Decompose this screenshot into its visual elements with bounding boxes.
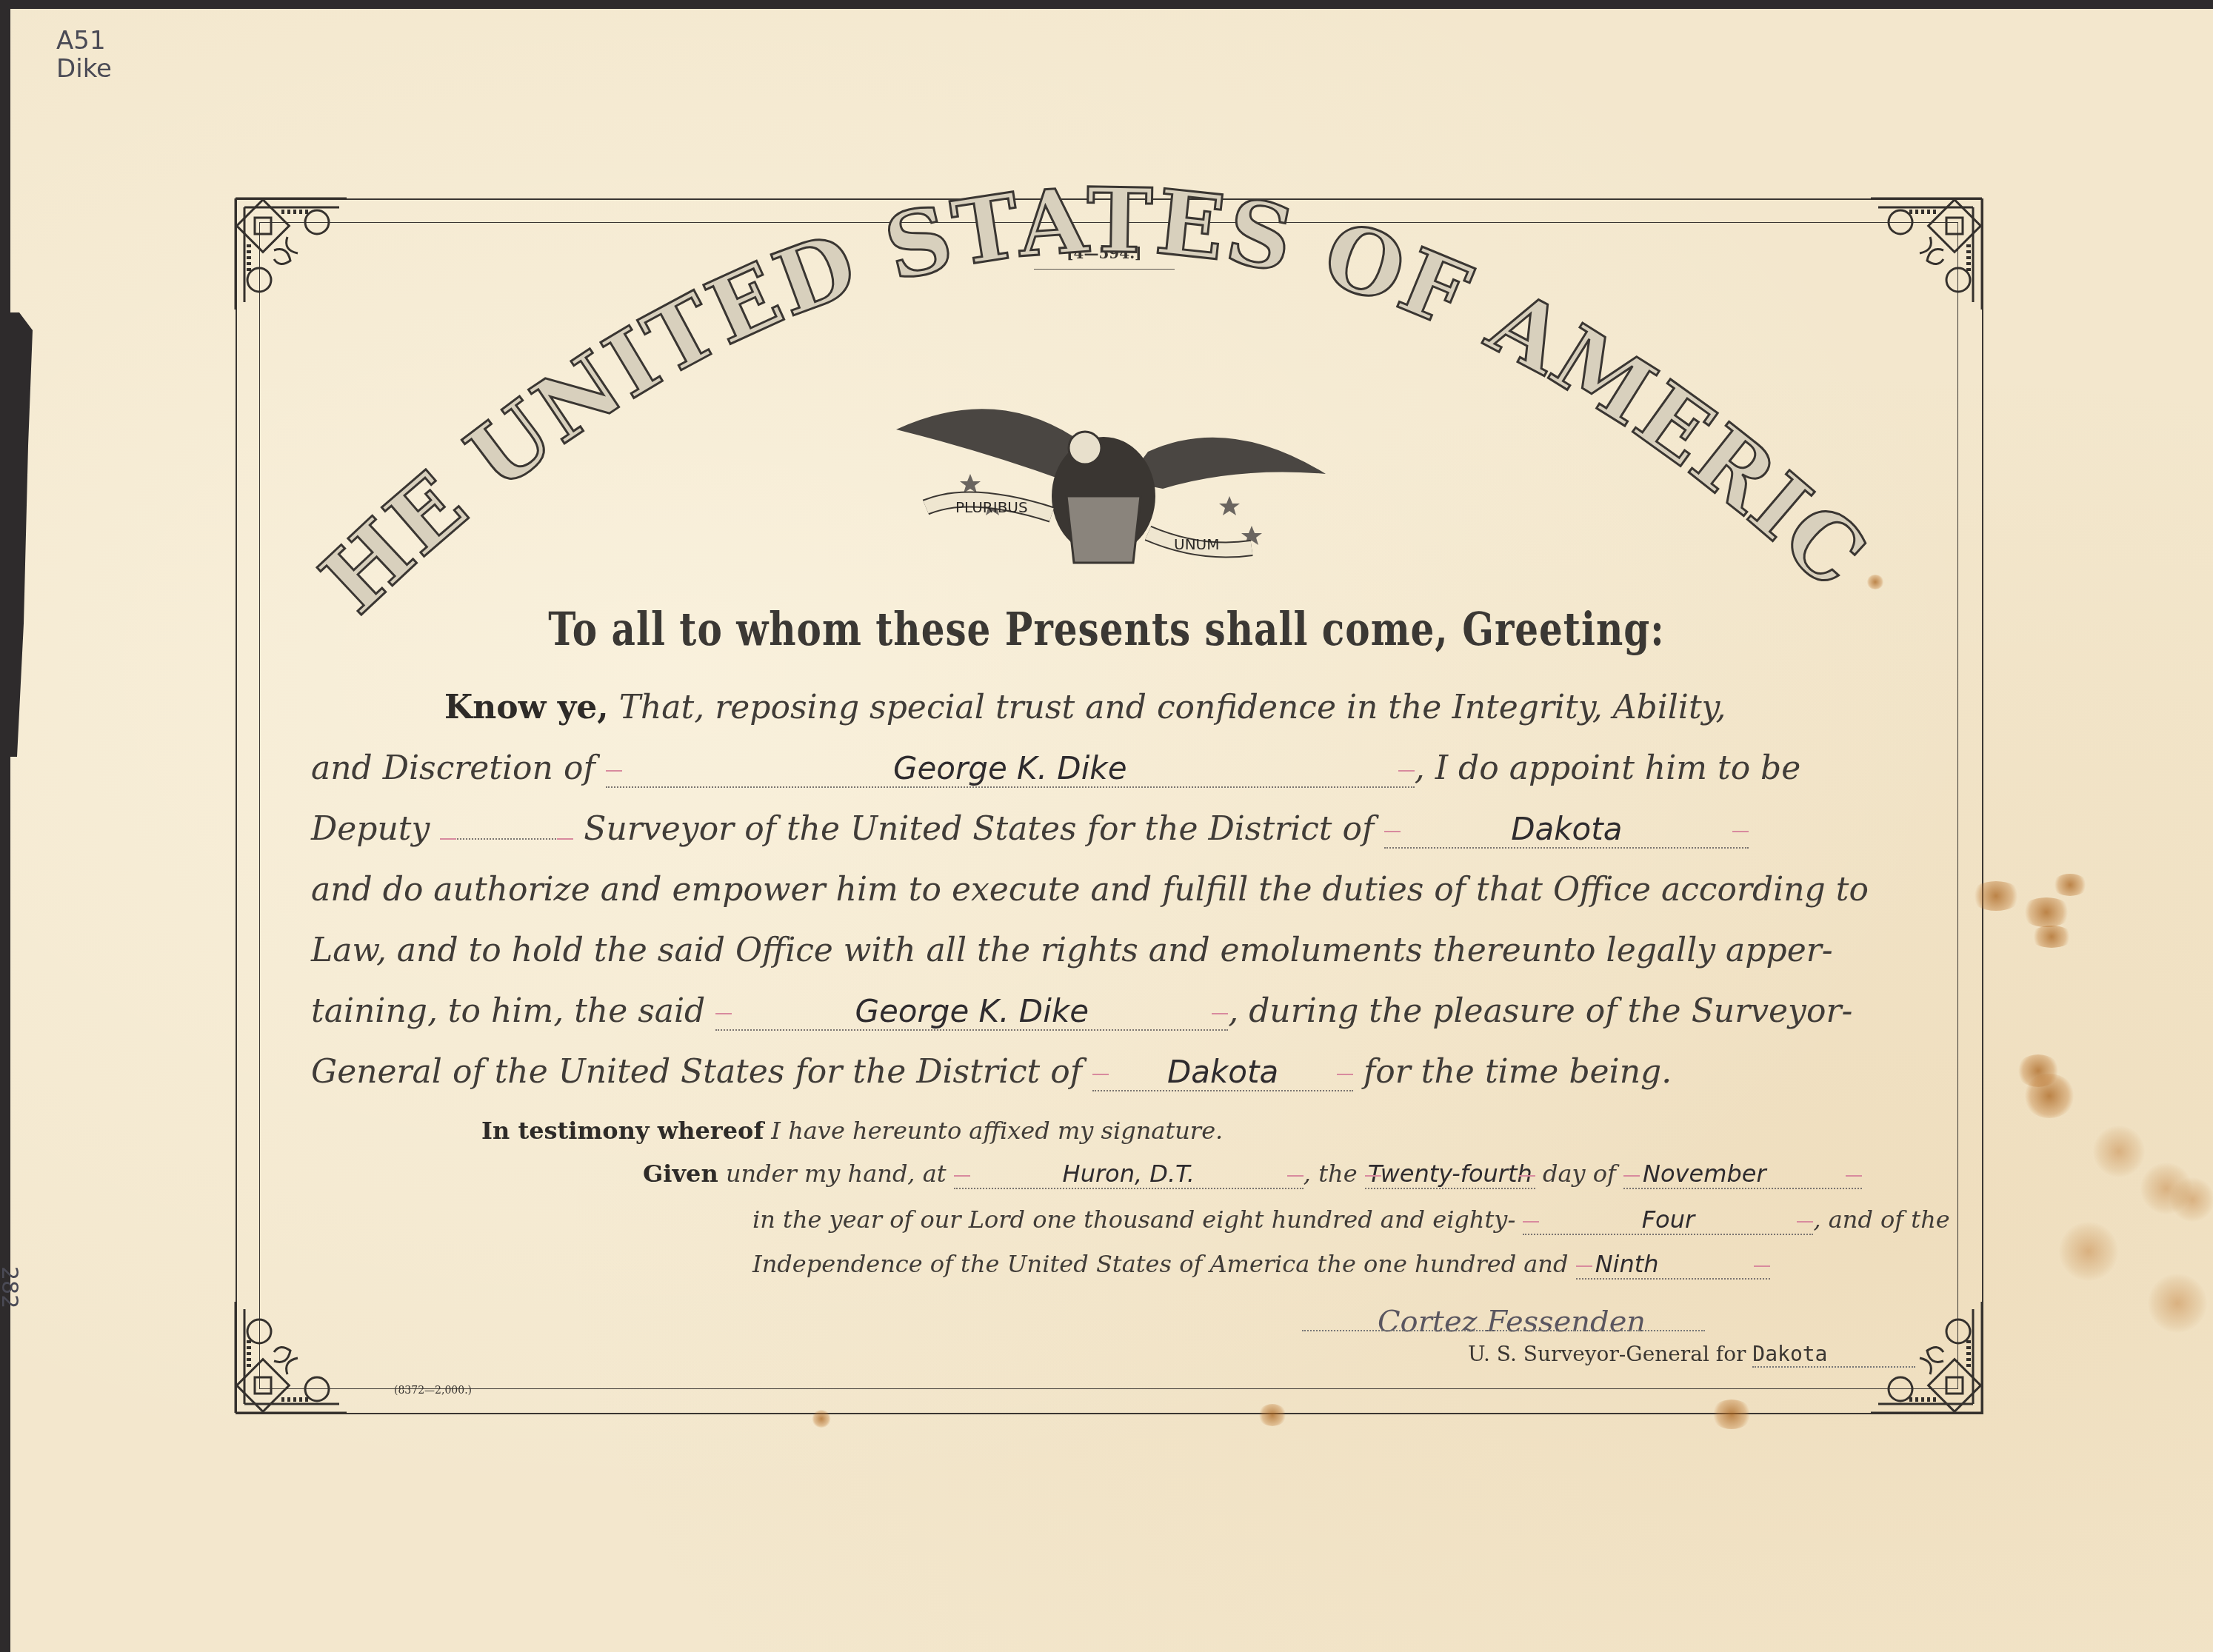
signature-title-district: Dakota xyxy=(1752,1342,1915,1368)
independence-year-field: Ninth xyxy=(1576,1250,1770,1280)
corner-ornament-icon xyxy=(228,1294,354,1420)
body-line-7: General of the United States for the Dis… xyxy=(311,1053,1672,1091)
given-lead: Given xyxy=(643,1160,718,1188)
rank-field: Deputy xyxy=(311,810,430,848)
stain xyxy=(2020,897,2072,927)
testimony-lead: In testimony whereof xyxy=(481,1117,764,1145)
signature-rule xyxy=(1302,1330,1705,1331)
body-line-1: Know ye, That, reposing special trust an… xyxy=(444,689,1726,726)
year-field: Four xyxy=(1523,1205,1813,1235)
body-line-3: Deputy Surveyor of the United States for… xyxy=(311,810,1749,849)
body-line-3-text: Surveyor of the United States for the Di… xyxy=(584,810,1374,848)
year-post: , and of the xyxy=(1813,1205,1949,1234)
month-field: November xyxy=(1623,1160,1862,1189)
given-text: under my hand, at xyxy=(726,1160,947,1188)
rank-blank xyxy=(440,838,573,840)
day-field: Twenty-fourth xyxy=(1365,1160,1535,1189)
stain xyxy=(2052,874,2089,896)
body-line-4: and do authorize and empower him to exec… xyxy=(311,871,1869,909)
body-line-6-post: , during the pleasure of the Surveyor- xyxy=(1228,992,1852,1030)
body-line-2-post: , I do appoint him to be xyxy=(1415,749,1801,787)
margin-note-page-number: 282 xyxy=(0,1266,22,1308)
motto-right: UNUM xyxy=(1174,535,1220,553)
year-text: in the year of our Lord one thousand eig… xyxy=(752,1205,1515,1234)
appointee-name-field: George K. Dike xyxy=(606,750,1415,788)
independence-text: Independence of the United States of Ame… xyxy=(752,1250,1568,1278)
stain xyxy=(2023,1074,2075,1118)
signature-title-text: U. S. Surveyor-General for xyxy=(1468,1342,1746,1366)
given-the: , the xyxy=(1304,1160,1358,1188)
year-line: in the year of our Lord one thousand eig… xyxy=(752,1205,1950,1235)
body-line-6: taining, to him, the said George K. Dike… xyxy=(311,992,1852,1031)
body-line-6-pre: taining, to him, the said xyxy=(311,992,705,1030)
stain xyxy=(1711,1399,1752,1429)
appointee-name-field-2: George K. Dike xyxy=(715,993,1228,1031)
stain xyxy=(812,1410,831,1428)
place-field: Huron, D.T. xyxy=(954,1160,1304,1189)
stain xyxy=(2029,926,2074,948)
body-line-2-pre: and Discretion of xyxy=(311,749,595,787)
day-of: day of xyxy=(1543,1160,1616,1188)
stain xyxy=(1866,575,1884,589)
body-line-2: and Discretion of George K. Dike, I do a… xyxy=(311,749,1800,788)
body-line-7-post: for the time being. xyxy=(1363,1053,1672,1091)
body-line-1-text: That, reposing special trust and confide… xyxy=(619,689,1726,726)
district-field: Dakota xyxy=(1384,811,1749,849)
stain xyxy=(2059,1222,2118,1281)
stain xyxy=(2148,1274,2207,1333)
signature: Cortez Fessenden xyxy=(1378,1305,1646,1339)
independence-line: Independence of the United States of Ame… xyxy=(752,1250,1770,1280)
greeting-line: To all to whom these Presents shall come… xyxy=(0,602,2213,657)
body-line-5: Law, and to hold the said Office with al… xyxy=(311,932,1833,969)
print-code: (8372—2,000.) xyxy=(394,1385,472,1397)
eagle-seal-icon: PLURIBUS UNUM xyxy=(881,385,1341,578)
motto-left: PLURIBUS xyxy=(955,498,1028,516)
signature-title: U. S. Surveyor-General for Dakota xyxy=(1468,1342,1915,1368)
stain xyxy=(2170,1177,2213,1222)
testimony-text: I have hereunto affixed my signature. xyxy=(771,1117,1223,1145)
know-ye-lead: Know ye, xyxy=(444,689,609,726)
body-line-7-pre: General of the United States for the Dis… xyxy=(311,1053,1082,1091)
stain xyxy=(2093,1126,2145,1177)
stain xyxy=(1970,881,2022,911)
given-line: Given under my hand, at Huron, D.T., the… xyxy=(643,1160,1862,1189)
stain xyxy=(1258,1404,1287,1426)
district-field-2: Dakota xyxy=(1092,1054,1353,1091)
testimony-line: In testimony whereof I have hereunto aff… xyxy=(481,1117,1223,1145)
